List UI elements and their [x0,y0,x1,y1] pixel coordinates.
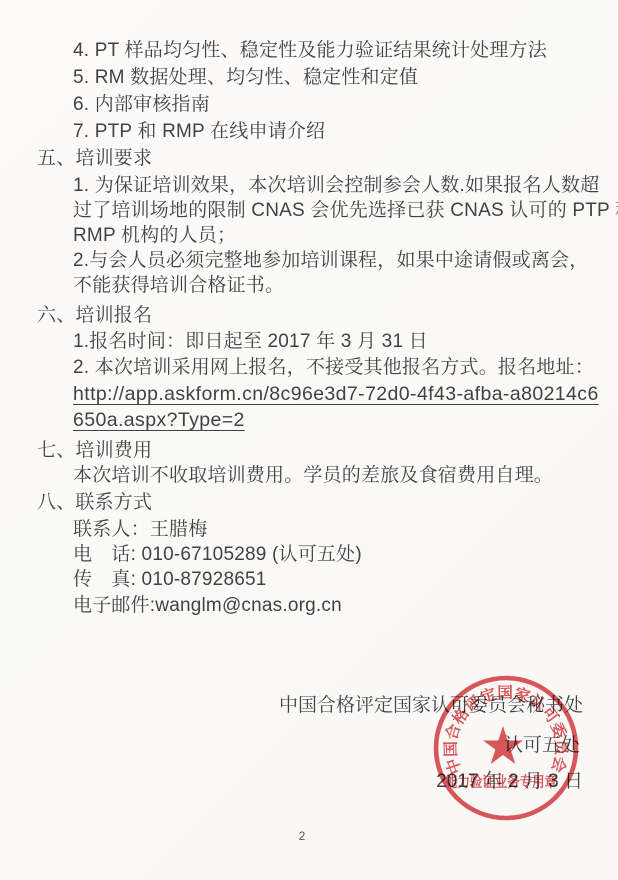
seal-bottom-text: 能力验证业务专用章 [445,773,557,791]
section-6-heading: 六、培训报名 [37,303,152,328]
contact-fax: 传 真: 010-87928651 [73,567,267,592]
requirement-1-line-2: 过了培训场地的限制 CNAS 会优先选择已获 CNAS 认可的 PTP 和 [73,198,618,223]
registration-method: 2. 本次培训采用网上报名，不接受其他报名方式。报名地址： [73,355,594,380]
requirement-1-line-1: 1. 为保证培训效果，本次培训会控制参会人数.如果报名人数超 [73,173,599,198]
fee-statement: 本次培训不收取培训费用。学员的差旅及食宿费用自理。 [73,463,553,488]
registration-url-line-2: 650a.aspx?Type=2 [73,408,245,433]
section-5-heading: 五、培训要求 [37,146,152,171]
contact-email: 电子邮件:wanglm@cnas.org.cn [73,593,342,618]
seal-star-icon [483,726,523,764]
contact-person: 联系人：王腊梅 [73,517,207,542]
list-item-6: 6. 内部审核指南 [73,92,210,117]
page-number: 2 [272,829,332,843]
list-item-4: 4. PT 样品均匀性、稳定性及能力验证结果统计处理方法 [73,38,547,63]
section-7-heading: 七、培训费用 [37,438,152,463]
section-8-heading: 八、联系方式 [37,490,152,515]
registration-url-line-1: http://app.askform.cn/8c96e3d7-72d0-4f43… [73,382,599,407]
contact-phone: 电 话: 010-67105289 (认可五处) [73,542,362,567]
requirement-2-line-1: 2.与会人员必须完整地参加培训课程，如果中途请假或离会， [73,248,588,273]
requirement-2-line-2: 不能获得培训合格证书。 [73,273,284,298]
official-seal: 中国合格评定国家认可委员会 能力验证业务专用章 [421,663,591,833]
requirement-1-line-3: RMP 机构的人员； [73,223,236,248]
registration-time: 1.报名时间：即日起至 2017 年 3 月 31 日 [73,329,428,354]
list-item-7: 7. PTP 和 RMP 在线申请介绍 [73,119,325,144]
document-page: 4. PT 样品均匀性、稳定性及能力验证结果统计处理方法 5. RM 数据处理、… [0,0,618,880]
list-item-5: 5. RM 数据处理、均匀性、稳定性和定值 [73,65,418,90]
